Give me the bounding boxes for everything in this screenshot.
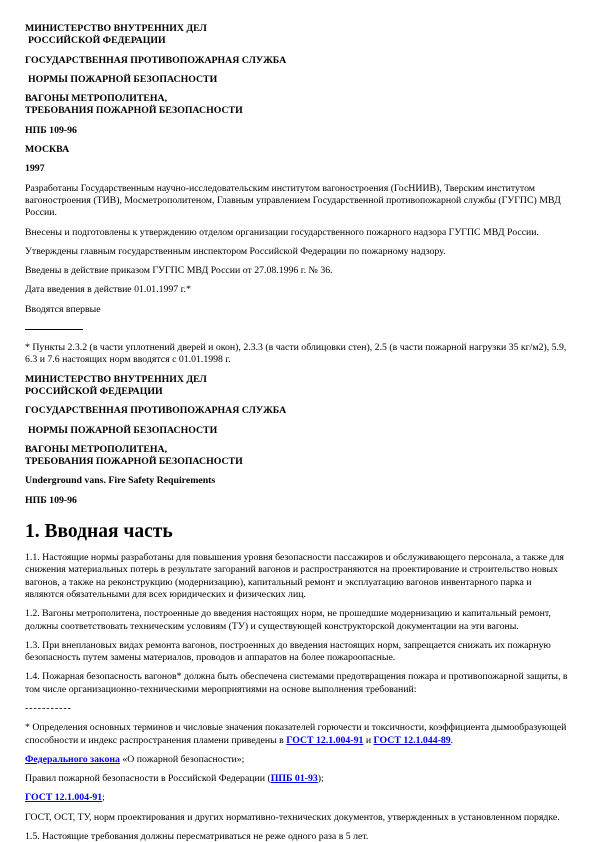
paragraph-effective-date: Дата введения в действие 01.01.1997 г.* xyxy=(25,284,570,296)
doc-title-english: Underground vans. Fire Safety Requiremen… xyxy=(25,475,570,487)
paragraph-1-5: 1.5. Настоящие требования должны пересма… xyxy=(25,831,570,842)
reference-other-docs: ГОСТ, ОСТ, ТУ, норм проектирования и дру… xyxy=(25,812,570,824)
paragraph-1-3: 1.3. При внеплановых видах ремонта вагон… xyxy=(25,640,570,665)
doc-title: ВАГОНЫ МЕТРОПОЛИТЕНА,ТРЕБОВАНИЯ ПОЖАРНОЙ… xyxy=(25,93,570,118)
footnote-2-text-3: . xyxy=(451,735,453,746)
footnote-1: * Пункты 2.3.2 (в части уплотнений двере… xyxy=(25,342,570,367)
ministry-header: МИНИСТЕРСТВО ВНУТРЕННИХ ДЕЛРОССИЙСКОЙ ФЕ… xyxy=(25,23,570,48)
link-federal-law[interactable]: Федерального закона xyxy=(25,754,120,765)
section-1-heading: 1. Вводная часть xyxy=(25,520,570,543)
reference-ppb-text-1: Правил пожарной безопасности в Российско… xyxy=(25,773,271,784)
link-gost-12-1-044-89[interactable]: ГОСТ 12.1.044-89 xyxy=(374,735,451,746)
paragraph-1-2: 1.2. Вагоны метрополитена, построенные д… xyxy=(25,608,570,633)
paragraph-1-1: 1.1. Настоящие нормы разработаны для пов… xyxy=(25,552,570,601)
year-label: 1997 xyxy=(25,163,570,175)
doc-code: НПБ 109-96 xyxy=(25,125,570,137)
ministry-2-line2: РОССИЙСКОЙ ФЕДЕРАЦИИ xyxy=(25,386,163,397)
ministry-line1: МИНИСТЕРСТВО ВНУТРЕННИХ ДЕЛ xyxy=(25,23,207,34)
reference-ppb: Правил пожарной безопасности в Российско… xyxy=(25,773,570,785)
footnote-2: * Определения основных терминов и числов… xyxy=(25,722,570,747)
document-content: МИНИСТЕРСТВО ВНУТРЕННИХ ДЕЛРОССИЙСКОЙ ФЕ… xyxy=(0,0,595,842)
paragraph-first-time: Вводятся впервые xyxy=(25,304,570,316)
fire-service-header-2: ГОСУДАРСТВЕННАЯ ПРОТИВОПОЖАРНАЯ СЛУЖБА xyxy=(25,405,570,417)
reference-gost: ГОСТ 12.1.004-91; xyxy=(25,792,570,804)
doc-title-2-line2: ТРЕБОВАНИЯ ПОЖАРНОЙ БЕЗОПАСНОСТИ xyxy=(25,456,243,467)
doc-title-line2: ТРЕБОВАНИЯ ПОЖАРНОЙ БЕЗОПАСНОСТИ xyxy=(25,105,243,116)
document-page: МИНИСТЕРСТВО ВНУТРЕННИХ ДЕЛРОССИЙСКОЙ ФЕ… xyxy=(0,0,595,842)
paragraph-developed: Разработаны Государственным научно-иссле… xyxy=(25,183,570,220)
reference-federal-law: Федерального закона «О пожарной безопасн… xyxy=(25,754,570,766)
link-gost-12-1-004-91-standalone[interactable]: ГОСТ 12.1.004-91 xyxy=(25,792,102,803)
link-gost-12-1-004-91[interactable]: ГОСТ 12.1.004-91 xyxy=(286,735,363,746)
paragraph-1-4: 1.4. Пожарная безопасность вагонов* долж… xyxy=(25,671,570,696)
norms-label-2: НОРМЫ ПОЖАРНОЙ БЕЗОПАСНОСТИ xyxy=(25,425,570,437)
norms-label: НОРМЫ ПОЖАРНОЙ БЕЗОПАСНОСТИ xyxy=(25,74,570,86)
paragraph-approved: Утверждены главным государственным инспе… xyxy=(25,246,570,258)
link-ppb-01-93[interactable]: ППБ 01-93 xyxy=(271,773,318,784)
footnote-separator xyxy=(25,329,83,330)
dashed-separator: ----------- xyxy=(25,703,570,715)
paragraph-enacted: Введены в действие приказом ГУГПС МВД Ро… xyxy=(25,265,570,277)
paragraph-submitted: Внесены и подготовлены к утверждению отд… xyxy=(25,227,570,239)
doc-title-2-line1: ВАГОНЫ МЕТРОПОЛИТЕНА, xyxy=(25,444,167,455)
ministry-2-line1: МИНИСТЕРСТВО ВНУТРЕННИХ ДЕЛ xyxy=(25,374,207,385)
fire-service-header: ГОСУДАРСТВЕННАЯ ПРОТИВОПОЖАРНАЯ СЛУЖБА xyxy=(25,55,570,67)
footnote-2-text-2: и xyxy=(363,735,373,746)
doc-code-2: НПБ 109-96 xyxy=(25,495,570,507)
reference-gost-text: ; xyxy=(102,792,105,803)
doc-title-line1: ВАГОНЫ МЕТРОПОЛИТЕНА, xyxy=(25,93,167,104)
reference-ppb-text-2: ); xyxy=(318,773,324,784)
city-label: МОСКВА xyxy=(25,144,570,156)
reference-federal-law-text: «О пожарной безопасности»; xyxy=(120,754,244,765)
ministry-header-2: МИНИСТЕРСТВО ВНУТРЕННИХ ДЕЛРОССИЙСКОЙ ФЕ… xyxy=(25,374,570,399)
doc-title-2: ВАГОНЫ МЕТРОПОЛИТЕНА,ТРЕБОВАНИЯ ПОЖАРНОЙ… xyxy=(25,444,570,469)
ministry-line2: РОССИЙСКОЙ ФЕДЕРАЦИИ xyxy=(25,35,166,46)
